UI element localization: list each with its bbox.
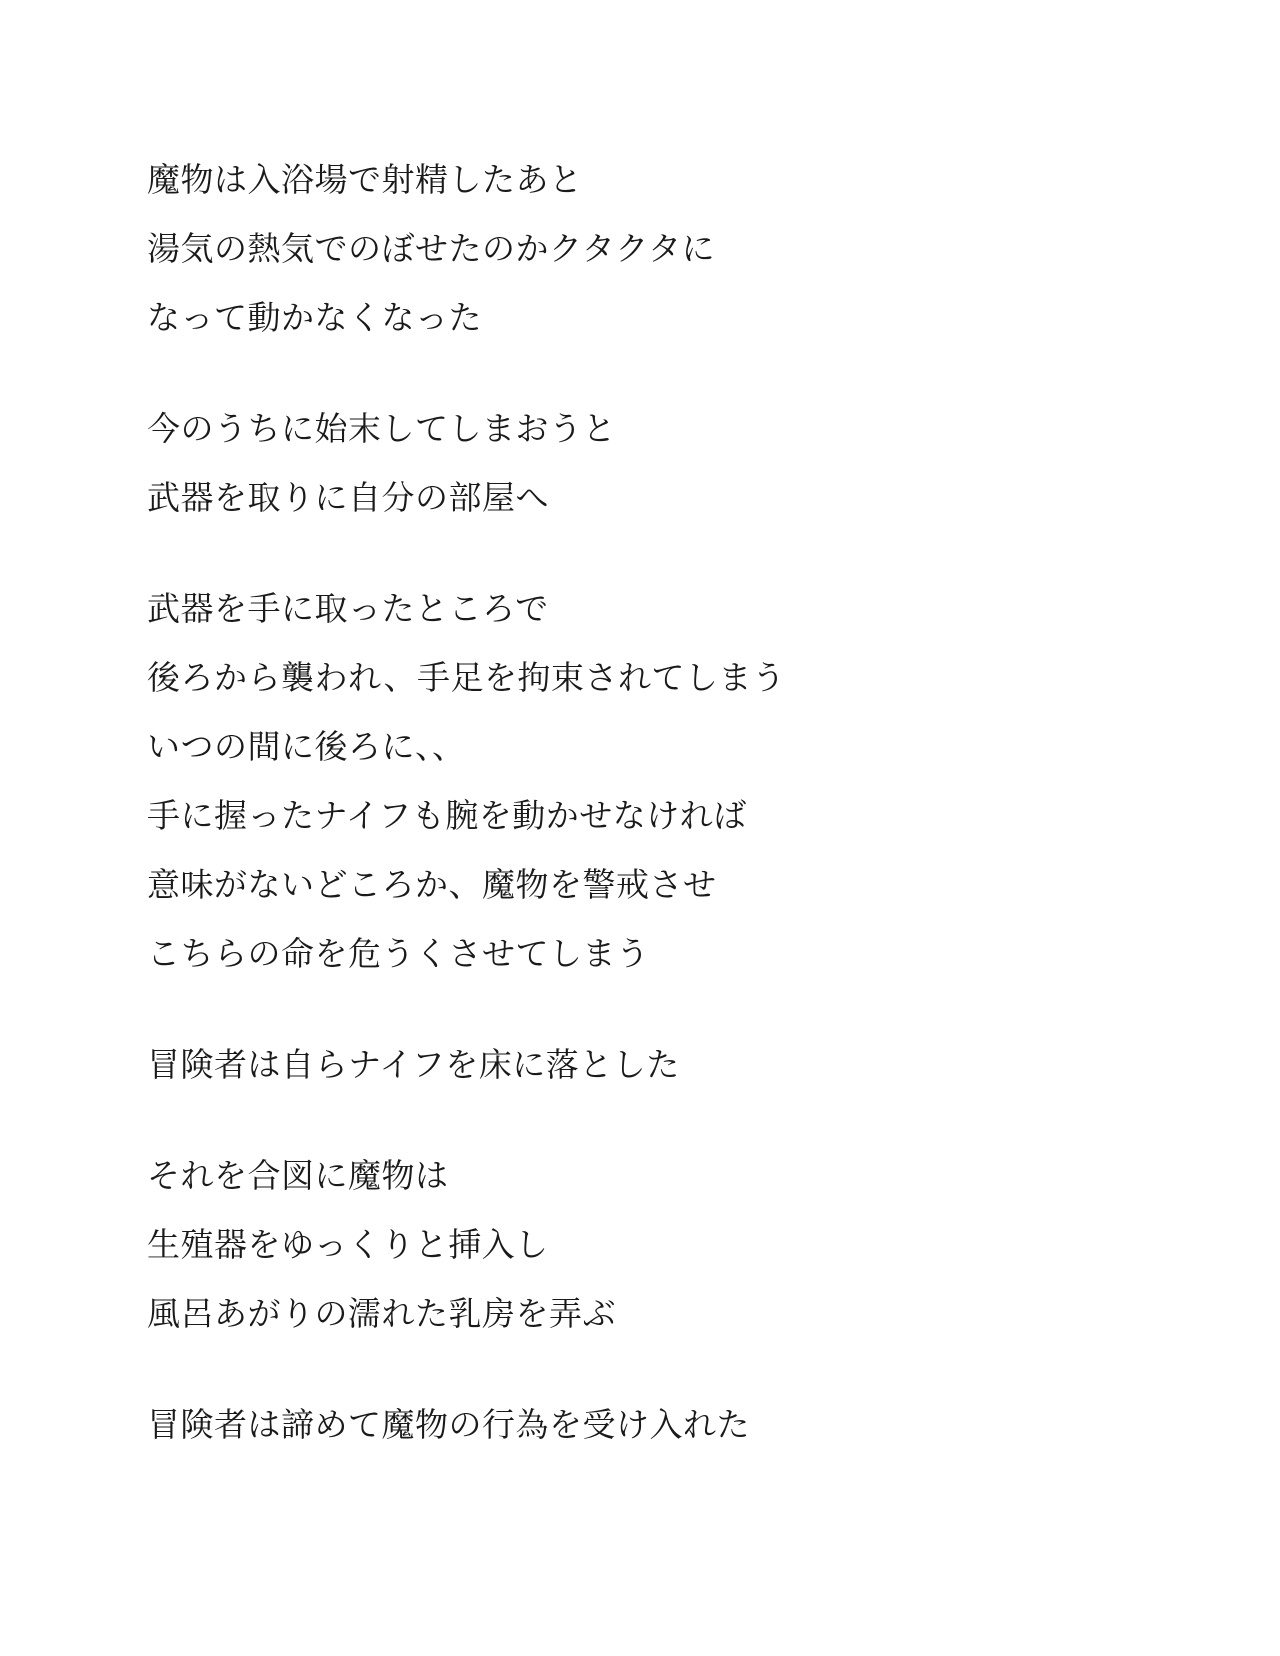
- document-page: 魔物は入浴場で射精したあと 湯気の熱気でのぼせたのかクタクタに なって動かなくな…: [0, 0, 1280, 1656]
- text-line: なって動かなくなった: [147, 283, 1220, 352]
- text-content: 魔物は入浴場で射精したあと 湯気の熱気でのぼせたのかクタクタに なって動かなくな…: [147, 145, 1220, 1459]
- text-line: 魔物は入浴場で射精したあと: [147, 145, 1220, 214]
- text-line: 武器を取りに自分の部屋へ: [147, 463, 1220, 532]
- text-line: 生殖器をゆっくりと挿入し: [147, 1210, 1220, 1279]
- text-line: いつの間に後ろに、、: [147, 712, 1220, 781]
- paragraph-6: 冒険者は諦めて魔物の行為を受け入れた: [147, 1390, 1220, 1459]
- paragraph-5: それを合図に魔物は 生殖器をゆっくりと挿入し 風呂あがりの濡れた乳房を弄ぶ: [147, 1141, 1220, 1348]
- text-line: それを合図に魔物は: [147, 1141, 1220, 1210]
- text-line: 今のうちに始末してしまおうと: [147, 394, 1220, 463]
- paragraph-1: 魔物は入浴場で射精したあと 湯気の熱気でのぼせたのかクタクタに なって動かなくな…: [147, 145, 1220, 352]
- text-line: 冒険者は諦めて魔物の行為を受け入れた: [147, 1390, 1220, 1459]
- text-line: こちらの命を危うくさせてしまう: [147, 919, 1220, 988]
- text-line: 湯気の熱気でのぼせたのかクタクタに: [147, 214, 1220, 283]
- paragraph-2: 今のうちに始末してしまおうと 武器を取りに自分の部屋へ: [147, 394, 1220, 532]
- text-line: 冒険者は自らナイフを床に落とした: [147, 1030, 1220, 1099]
- text-line: 手に握ったナイフも腕を動かせなければ: [147, 781, 1220, 850]
- text-line: 武器を手に取ったところで: [147, 574, 1220, 643]
- paragraph-3: 武器を手に取ったところで 後ろから襲われ、手足を拘束されてしまう いつの間に後ろ…: [147, 574, 1220, 988]
- text-line: 意味がないどころか、魔物を警戒させ: [147, 850, 1220, 919]
- text-line: 風呂あがりの濡れた乳房を弄ぶ: [147, 1279, 1220, 1348]
- text-line: 後ろから襲われ、手足を拘束されてしまう: [147, 643, 1220, 712]
- paragraph-4: 冒険者は自らナイフを床に落とした: [147, 1030, 1220, 1099]
